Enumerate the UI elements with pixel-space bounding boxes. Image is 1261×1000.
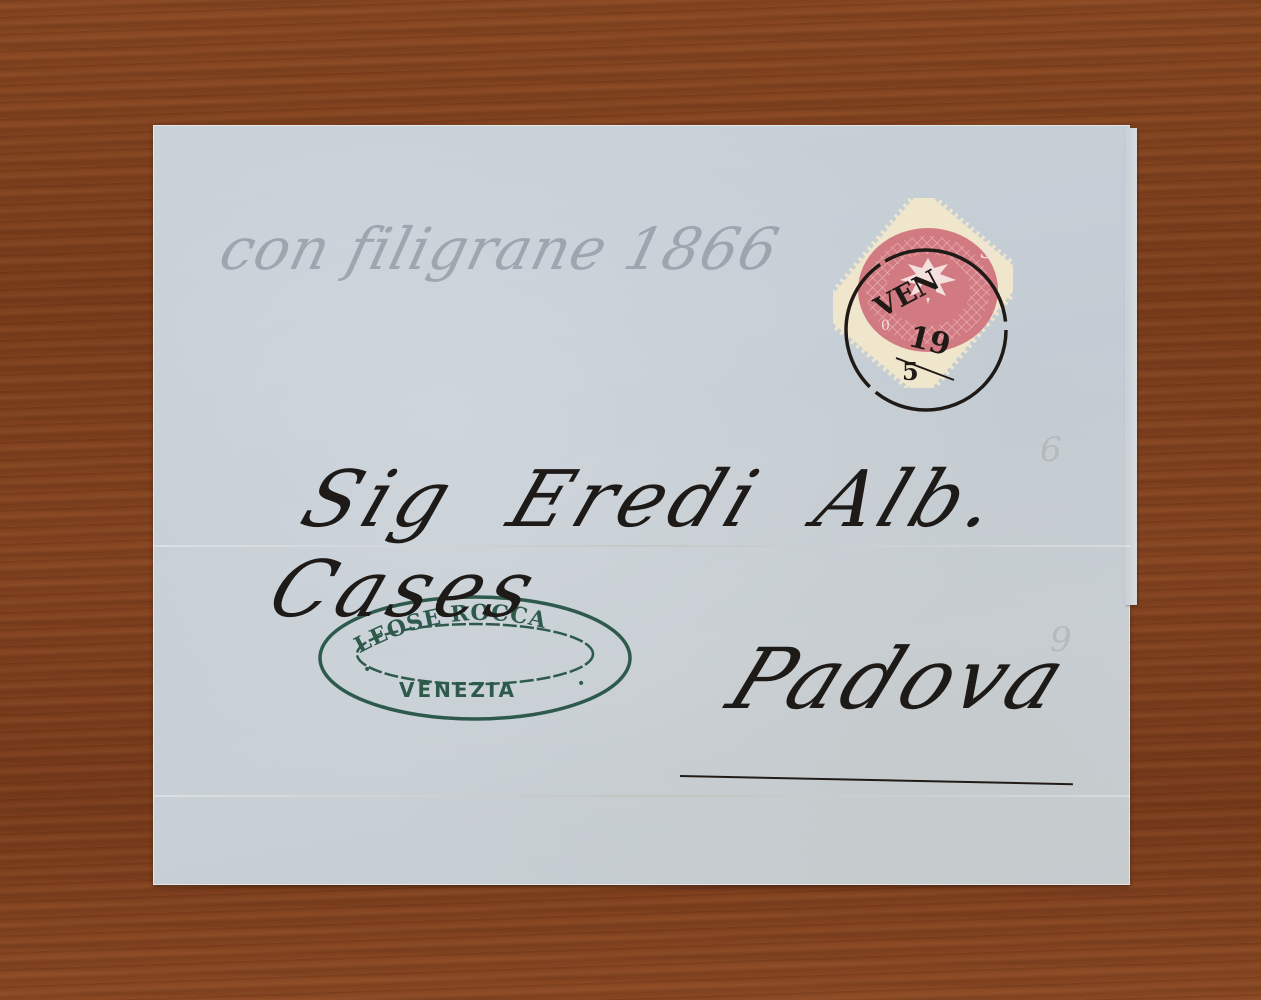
postmark-cancellation: VEN 19 5 (836, 238, 1018, 420)
handstamp-bottom-text: VENEZIA (399, 678, 517, 702)
address-city: Padova (715, 630, 1083, 728)
paper-fold-line (153, 795, 1130, 797)
pencil-annotation: con filigrane 1866 (214, 215, 786, 283)
handstamp-ornament-right: • (577, 676, 585, 692)
handstamp-ornament-left: • (363, 662, 371, 678)
address-recipient: Sig Eredi Alb. Cases (257, 455, 1261, 635)
postmark-town: VEN (868, 263, 945, 325)
